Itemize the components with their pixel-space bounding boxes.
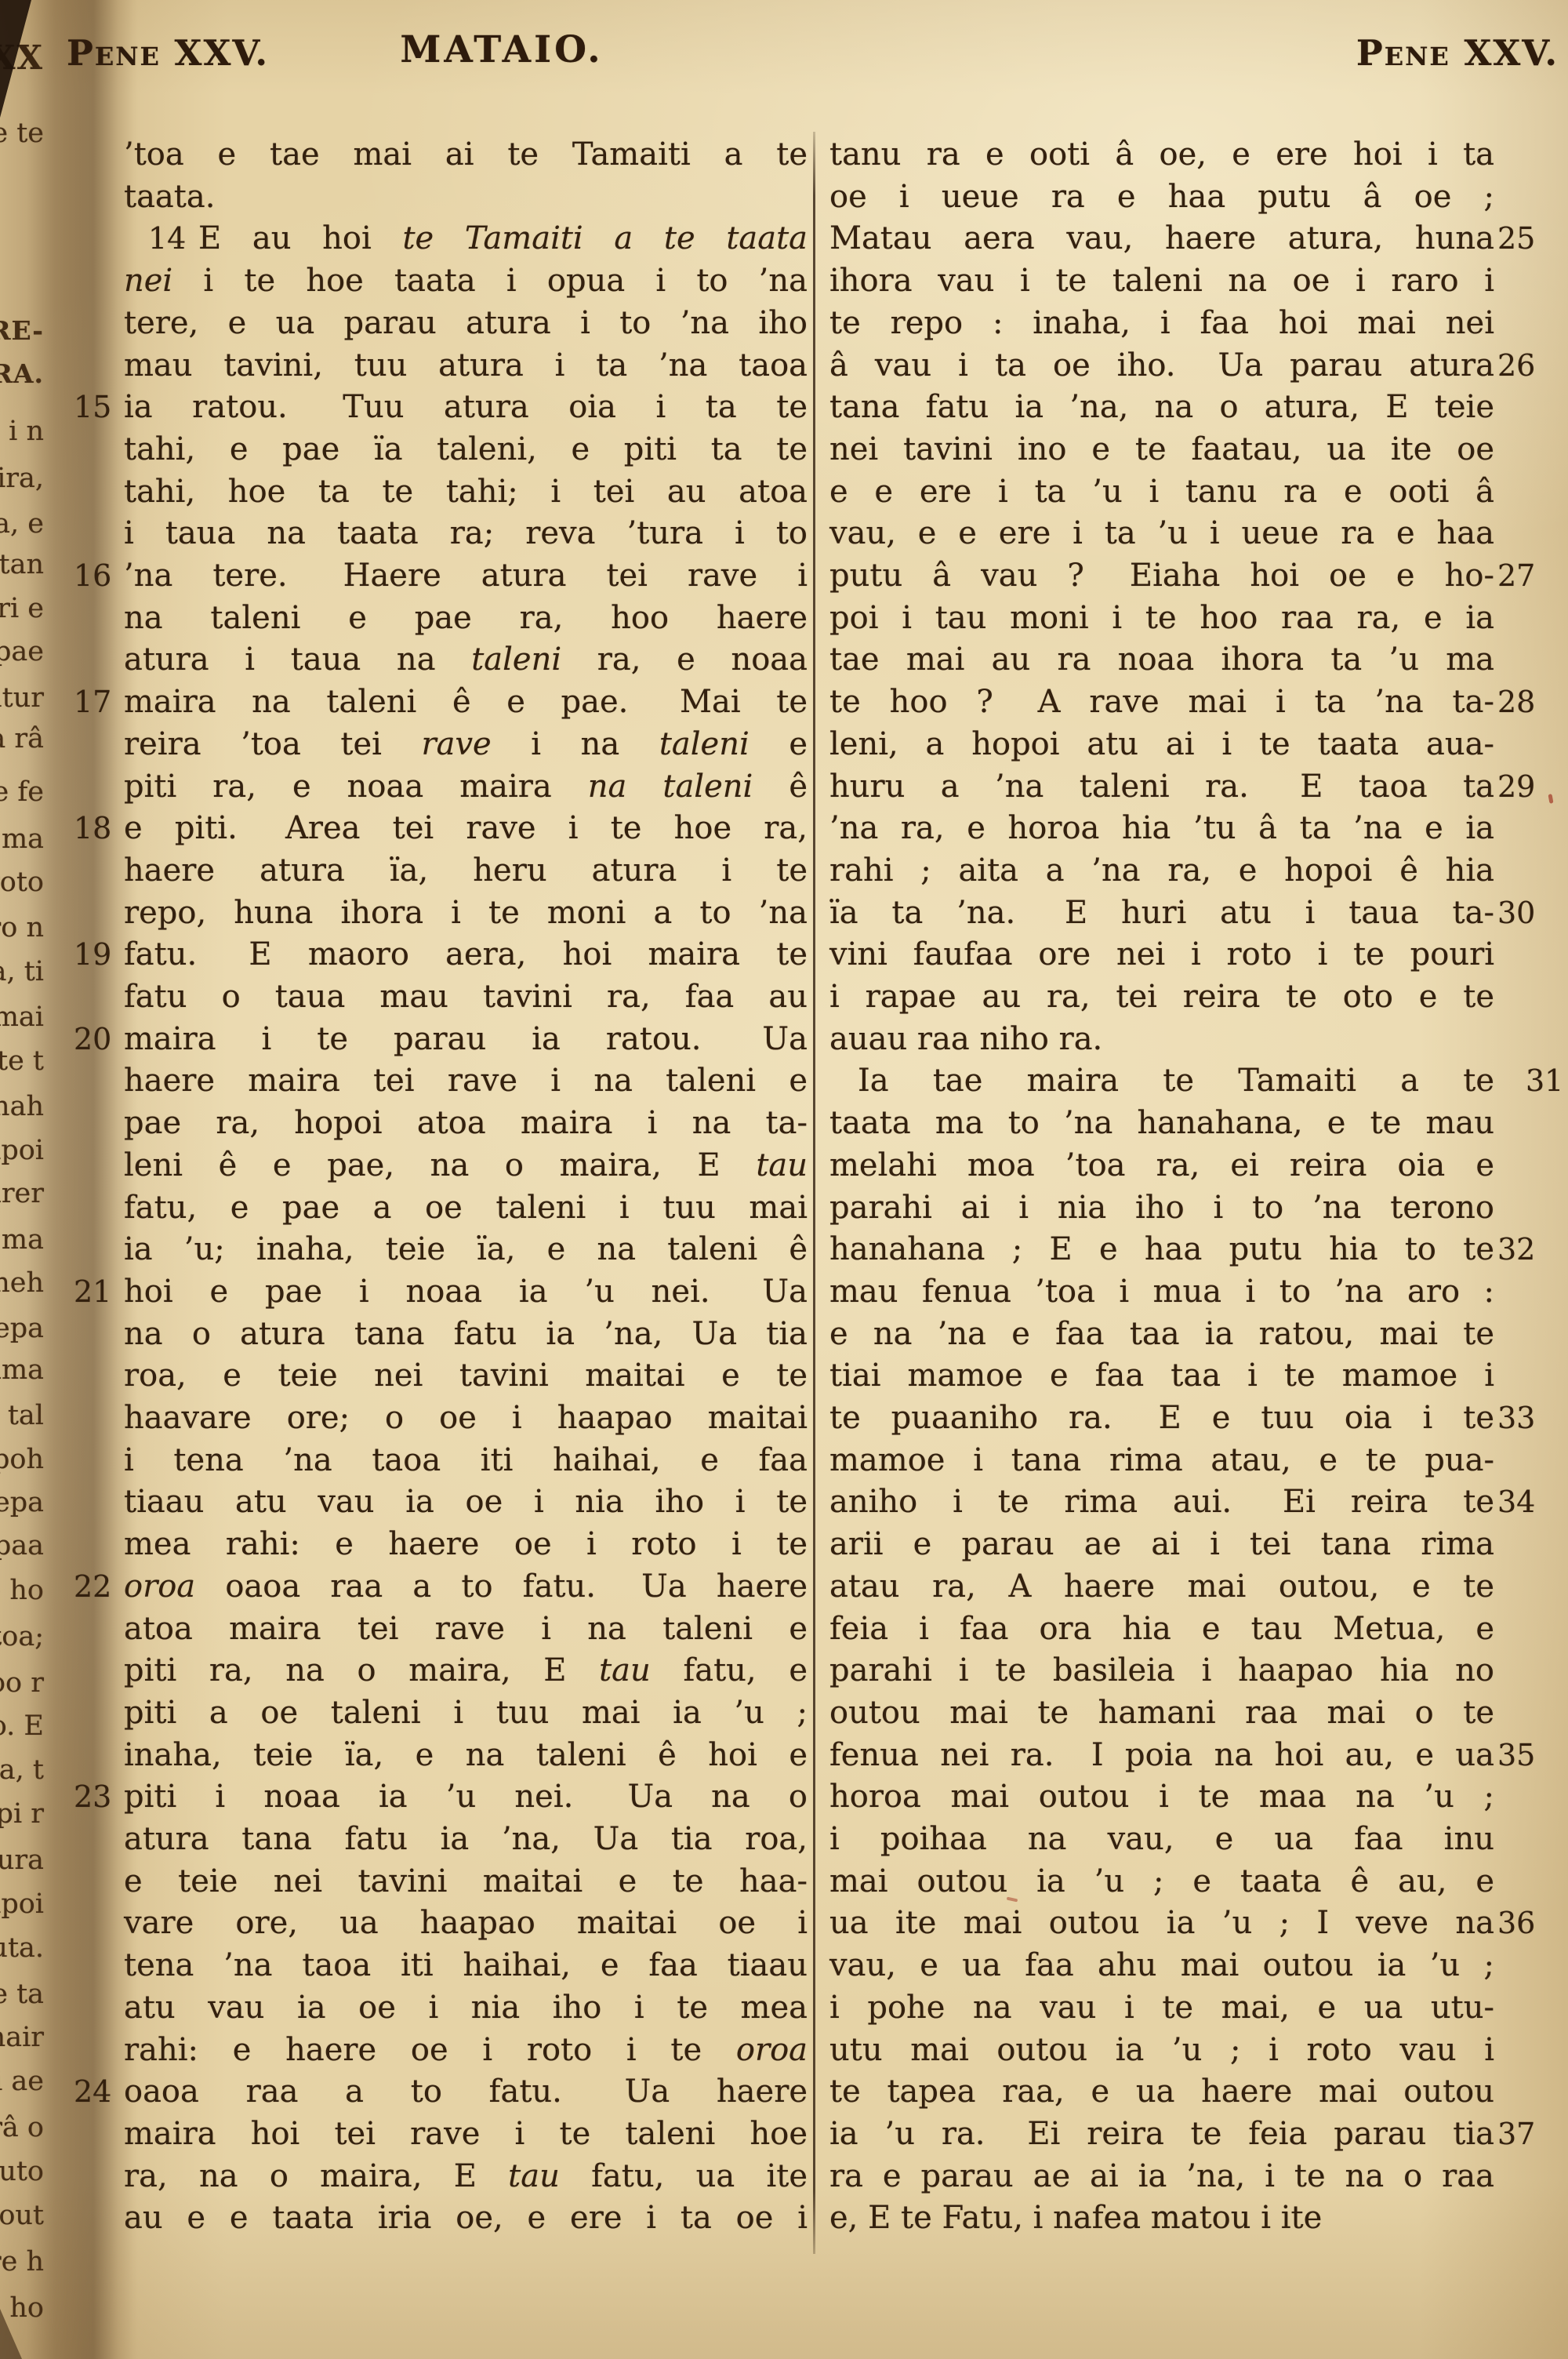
verse-text-line: tiaau atu vau ia oe i nia iho i te [124, 1481, 808, 1523]
verse-text-line: rahi ; aita a ’na ra, e hopoi ê hia [829, 849, 1494, 892]
running-head-right: Pene XXV. [1356, 30, 1559, 77]
verse-text-line: piti i noaa ia ’u nei. Ua na o23 [124, 1776, 808, 1818]
verse-text-line: i poihaa na vau, e ua faa inu [829, 1818, 1494, 1860]
verse-text-line: tiai mamoe e faa taa i te mamoe i [829, 1354, 1494, 1397]
verse-text-line: taata ma to ’na hanahana, e te mau [829, 1102, 1494, 1144]
verse-text-line: haere atura ïa, heru atura i te [124, 849, 808, 892]
verse-text-line: ’na tere. Haere atura tei rave i16 [124, 554, 808, 597]
verse-text-line: tahi, e pae ïa taleni, e piti ta te [124, 428, 808, 471]
verse-text-line: fatu, e pae a oe taleni i tuu mai [124, 1187, 808, 1229]
verse-text-line: na taleni e pae ra, hoo haere [124, 597, 808, 639]
verse-text-line: maira na taleni ê e pae. Mai te17 [124, 681, 808, 723]
verse-text-line: ia ratou. Tuu atura oia i ta te15 [124, 386, 808, 428]
verse-number: 14 [74, 217, 119, 260]
verse-number: 20 [74, 1018, 119, 1060]
verse-text-line: huru a ’na taleni ra. E taoa ta29 [829, 765, 1494, 808]
verse-text-line: fatu o taua mau tavini ra, faa au [124, 976, 808, 1018]
verse-text-line: vini faufaa ore nei i roto i te pouri [829, 933, 1494, 976]
verse-text-line: tere, e ua parau atura i to ’na iho [124, 302, 808, 344]
verse-text-line: i rapae au ra, tei reira te oto e te [829, 976, 1494, 1018]
verse-text-line: taata. [124, 176, 808, 218]
page-surface: Pene XXV. MATAIO. Pene XXV. ’toa e tae m… [0, 0, 1568, 2359]
running-head-left: Pene XXV. [67, 30, 269, 77]
verse-text-line: te repo : inaha, i faa hoi mai nei [829, 302, 1494, 344]
verse-number: 29 [1497, 765, 1546, 808]
verse-text-line: hoi e pae i noaa ia ’u nei. Ua21 [124, 1270, 808, 1313]
verse-text-line: te hoo ? A rave mai i ta ’na ta-28 [829, 681, 1494, 723]
verse-text-line: mai outou ia ’u ; e taata ê au, e [829, 1860, 1494, 1903]
verse-number: 27 [1497, 554, 1546, 597]
verse-text-line: piti a oe taleni i tuu mai ia ’u ; [124, 1692, 808, 1734]
verse-text-line: piti ra, na o maira, E tau fatu, e [124, 1649, 808, 1692]
verse-text-line: te tapea raa, e ua haere mai outou [829, 2070, 1494, 2113]
verse-text-line: maira hoi tei rave i te taleni hoe [124, 2113, 808, 2155]
verse-number: 30 [1497, 892, 1546, 934]
verse-text-line: putu â vau ? Eiaha hoi oe e ho-27 [829, 554, 1494, 597]
verse-text-line: parahi i te basileia i haapao hia no [829, 1649, 1494, 1692]
verse-text-line: e teie nei tavini maitai e te haa- [124, 1860, 808, 1903]
running-head-book-title: MATAIO. [267, 27, 737, 74]
verse-text-line: atu vau ia oe i nia iho i te mea [124, 1986, 808, 2029]
verse-text-line: ra, na o maira, E tau fatu, ua ite [124, 2155, 808, 2197]
verse-number: 31 [1497, 1060, 1546, 1102]
verse-text-line: i pohe na vau i te mai, e ua utu- [829, 1986, 1494, 2029]
verse-text-line: mau tavini, tuu atura i ta ’na taoa [124, 344, 808, 387]
verse-text-line: fatu. E maoro aera, hoi maira te19 [124, 933, 808, 976]
verse-number: 34 [1497, 1481, 1546, 1523]
verse-text-line: e, E te Fatu, i nafea matou i ite [829, 2197, 1494, 2239]
verse-text-line: atura tana fatu ia ’na, Ua tia roa, [124, 1818, 808, 1860]
verse-text-line: tahi, hoe ta te tahi; i tei au atoa [124, 471, 808, 513]
verse-text-line: vau, e e ere i ta ’u i ueue ra e haa [829, 512, 1494, 554]
verse-text-line: tanu ra e ooti â oe, e ere hoi i ta [829, 133, 1494, 176]
verse-text-line: na o atura tana fatu ia ’na, Ua tia [124, 1313, 808, 1355]
verse-number: 36 [1497, 1902, 1546, 1944]
verse-number: 28 [1497, 681, 1546, 723]
verse-text-line: oe i ueue ra e haa putu â oe ; [829, 176, 1494, 218]
verse-text-line: utu mai outou ia ’u ; i roto vau i [829, 2029, 1494, 2071]
verse-text-line: feia i faa ora hia e tau Metua, e [829, 1608, 1494, 1650]
verse-text-line: tena ’na taoa iti haihai, e faa tiaau [124, 1944, 808, 1986]
verse-text-line: parahi ai i nia iho i to ’na terono [829, 1187, 1494, 1229]
verse-text-line: mamoe i tana rima atau, e te pua- [829, 1439, 1494, 1481]
paper-speck [1548, 794, 1553, 804]
verse-number: 23 [74, 1776, 119, 1818]
verse-text-line: arii e parau ae ai i tei tana rima [829, 1523, 1494, 1565]
verse-number: 19 [74, 933, 119, 976]
book-page-scan: IV. XXoto e tePARE-RA.ao i ni reira,mepa… [0, 0, 1568, 2359]
verse-text-line: ua ite mai outou ia ’u ; I veve na36 [829, 1902, 1494, 1944]
verse-number: 35 [1497, 1734, 1546, 1776]
verse-text-line: tae mai au ra noaa ihora ta ’u ma [829, 638, 1494, 681]
verse-number: 15 [74, 386, 119, 428]
verse-text-line: oroa oaoa raa a to fatu. Ua haere22 [124, 1565, 808, 1608]
verse-number: 32 [1497, 1228, 1546, 1270]
verse-text-line: e e ere i ta ’u i tanu ra e ooti â [829, 471, 1494, 513]
verse-text-line: au e e taata iria oe, e ere i ta oe i [124, 2197, 808, 2239]
verse-text-line: tana fatu ia ’na, na o atura, E teie [829, 386, 1494, 428]
verse-text-line: poi i tau moni i te hoo raa ra, e ia [829, 597, 1494, 639]
column-divider-rule [813, 132, 815, 2254]
verse-text-line: te puaaniho ra. E e tuu oia i te33 [829, 1397, 1494, 1439]
verse-text-line: e piti. Area tei rave i te hoe ra,18 [124, 807, 808, 849]
verse-text-line: inaha, teie ïa, e na taleni ê hoi e [124, 1734, 808, 1776]
verse-text-line: atoa maira tei rave i na taleni e [124, 1608, 808, 1650]
verse-text-line: piti ra, e noaa maira na taleni ê [124, 765, 808, 808]
verse-text-line: ia ’u; inaha, teie ïa, e na taleni ê [124, 1228, 808, 1270]
verse-text-line: ia ’u ra. Ei reira te feia parau tia37 [829, 2113, 1494, 2155]
verse-number: 21 [74, 1270, 119, 1313]
verse-text-line: auau raa niho ra. [829, 1018, 1494, 1060]
verse-text-line: maira i te parau ia ratou. Ua20 [124, 1018, 808, 1060]
verse-text-line: vare ore, ua haapao maitai oe i [124, 1902, 808, 1944]
verse-text-line: nei i te hoe taata i opua i to ’na [124, 260, 808, 302]
verse-text-line: ’toa e tae mai ai te Tamaiti a te [124, 133, 808, 176]
verse-text-line: i taua na taata ra; reva ’tura i to [124, 512, 808, 554]
verse-number: 17 [74, 681, 119, 723]
verse-text-line: repo, huna ihora i te moni a to ’na [124, 892, 808, 934]
verse-text-line: e na ’na e faa taa ia ratou, mai te [829, 1313, 1494, 1355]
verse-text-line: leni ê e pae, na o maira, E tau [124, 1144, 808, 1187]
verse-text-line: haavare ore; o oe i haapao maitai [124, 1397, 808, 1439]
verse-number: 24 [74, 2070, 119, 2113]
verse-text-line: outou mai te hamani raa mai o te [829, 1692, 1494, 1734]
verse-text-line: reira ’toa tei rave i na taleni e [124, 723, 808, 765]
verse-text-line: ïa ta ’na. E huri atu i taua ta-30 [829, 892, 1494, 934]
verse-text-line: E au hoi te Tamaiti a te taata14 [124, 217, 808, 260]
verse-text-line: vau, e ua faa ahu mai outou ia ’u ; [829, 1944, 1494, 1986]
verse-text-line: rahi: e haere oe i roto i te oroa [124, 2029, 808, 2071]
verse-text-line: â vau i ta oe iho. Ua parau atura26 [829, 344, 1494, 387]
verse-text-line: horoa mai outou i te maa na ’u ; [829, 1776, 1494, 1818]
verse-text-line: Ia tae maira te Tamaiti a te31 [829, 1060, 1494, 1102]
verse-number: 26 [1497, 344, 1546, 387]
verse-number: 37 [1497, 2113, 1546, 2155]
verse-text-line: aniho i te rima aui. Ei reira te34 [829, 1481, 1494, 1523]
verse-text-line: pae ra, hopoi atoa maira i na ta- [124, 1102, 808, 1144]
verse-number: 22 [74, 1565, 119, 1608]
verse-text-line: haere maira tei rave i na taleni e [124, 1060, 808, 1102]
verse-text-line: ’na ra, e horoa hia ’tu â ta ’na e ia [829, 807, 1494, 849]
verse-text-line: atura i taua na taleni ra, e noaa [124, 638, 808, 681]
verse-number: 33 [1497, 1397, 1546, 1439]
verse-text-line: i tena ’na taoa iti haihai, e faa [124, 1439, 808, 1481]
verse-text-line: fenua nei ra. I poia na hoi au, e ua35 [829, 1734, 1494, 1776]
verse-text-line: melahi moa ’toa ra, ei reira oia e [829, 1144, 1494, 1187]
verse-number: 16 [74, 554, 119, 597]
verse-text-line: ihora vau i te taleni na oe i raro i [829, 260, 1494, 302]
verse-text-line: oaoa raa a to fatu. Ua haere24 [124, 2070, 808, 2113]
verse-number: 18 [74, 807, 119, 849]
verse-text-line: atau ra, A haere mai outou, e te [829, 1565, 1494, 1608]
verse-text-line: hanahana ; E e haa putu hia to te32 [829, 1228, 1494, 1270]
verse-text-line: mau fenua ’toa i mua i to ’na aro : [829, 1270, 1494, 1313]
verse-text-line: Matau aera vau, haere atura, huna25 [829, 217, 1494, 260]
verse-text-line: leni, a hopoi atu ai i te taata aua- [829, 723, 1494, 765]
verse-text-line: nei tavini ino e te faatau, ua ite oe [829, 428, 1494, 471]
verse-text-line: ra e parau ae ai ia ’na, i te na o raa [829, 2155, 1494, 2197]
verse-number: 25 [1497, 217, 1546, 260]
verse-text-line: roa, e teie nei tavini maitai e te [124, 1354, 808, 1397]
verse-text-line: mea rahi: e haere oe i roto i te [124, 1523, 808, 1565]
